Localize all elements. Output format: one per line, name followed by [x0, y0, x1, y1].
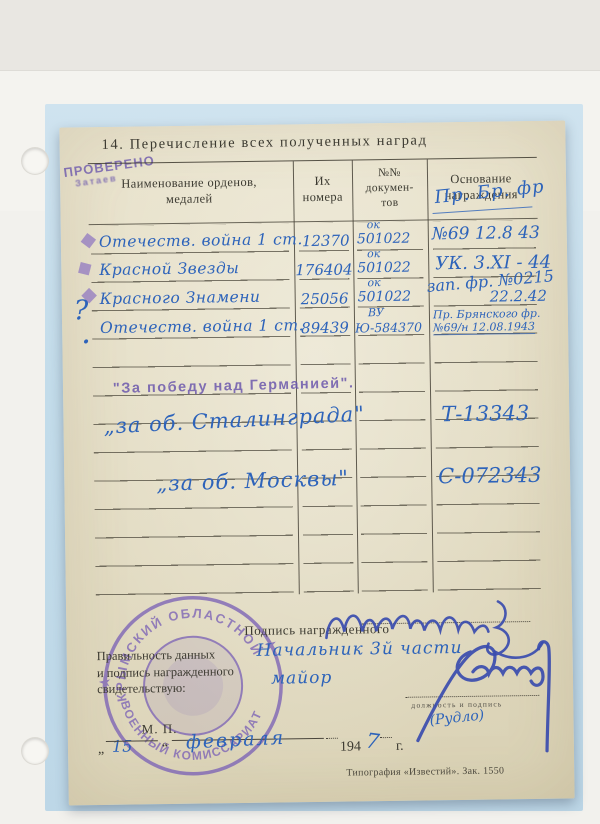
award-row-doc-note: ВУ	[368, 306, 384, 319]
date-close-quote: “	[162, 741, 168, 757]
hole-punch-bottom	[22, 738, 48, 764]
hole-punch-top	[22, 148, 48, 174]
award-row-number: 176404	[295, 260, 353, 279]
award-row-doc-number: 501022	[358, 289, 412, 306]
section-title: 14. Перечисление всех полученных наград	[101, 132, 427, 154]
official-signature	[398, 619, 570, 781]
margin-question-mark: ?	[74, 295, 89, 326]
award-row-name: Отечеств. война 1 ст.	[99, 230, 303, 251]
award-row-doc-note: ок	[367, 276, 380, 289]
margin-stamp-mark-2	[78, 262, 91, 275]
date-year-suffix: г.	[396, 739, 404, 755]
award-row-doc-note: ок	[367, 218, 380, 231]
certify-text: Правильность данных и подпись награжденн…	[97, 646, 235, 697]
date-leader-dots-2	[380, 737, 392, 738]
award-row-number: 25056	[301, 290, 349, 309]
col-header-numbers: Их номера	[293, 172, 352, 205]
medal-stalingrad-number: Т-13343	[441, 401, 529, 426]
award-row-doc-number: Ю-584370	[355, 320, 422, 336]
printer-imprint: Типография «Известий». Зак. 1550	[346, 765, 504, 778]
award-row-doc-number: 501022	[357, 260, 411, 277]
col-header-name: Наименование орденов, медалей	[90, 173, 288, 208]
award-row-number: 89439	[301, 319, 349, 338]
award-row-number: 12370	[302, 232, 350, 251]
rank-handwritten: майор	[271, 668, 333, 689]
award-row-name: Красной Звезды	[99, 259, 239, 279]
header-strike-line	[433, 206, 533, 214]
date-open-quote: „	[98, 742, 104, 758]
award-row-name: Отечеств. война 1 ст.	[100, 316, 304, 337]
award-row-doc-note: ок	[367, 247, 380, 260]
date-year-handwritten: 7	[364, 729, 380, 754]
award-row-basis-2: 22.2.42	[490, 287, 548, 306]
document-paper: 14. Перечисление всех полученных наград …	[59, 121, 574, 806]
date-day-handwritten: 15	[112, 737, 133, 756]
table-top-rule	[88, 157, 537, 164]
award-row-doc-number: 501022	[357, 231, 411, 248]
date-year-printed: 194	[340, 739, 361, 755]
award-row-name: Красного Знамени	[100, 288, 261, 308]
scan-top-band	[0, 0, 600, 71]
col-header-documents: №№ докумен- тов	[352, 165, 428, 211]
margin-dot: .	[82, 323, 90, 349]
medal-moscow-number: С-072343	[438, 463, 542, 488]
date-leader-dots-1	[326, 738, 338, 739]
award-row-basis: №69 12.8 43	[432, 223, 540, 245]
seal-place-label: М. П.	[142, 721, 178, 737]
award-row-basis-2: №69/н 12.08.1943	[433, 320, 535, 335]
